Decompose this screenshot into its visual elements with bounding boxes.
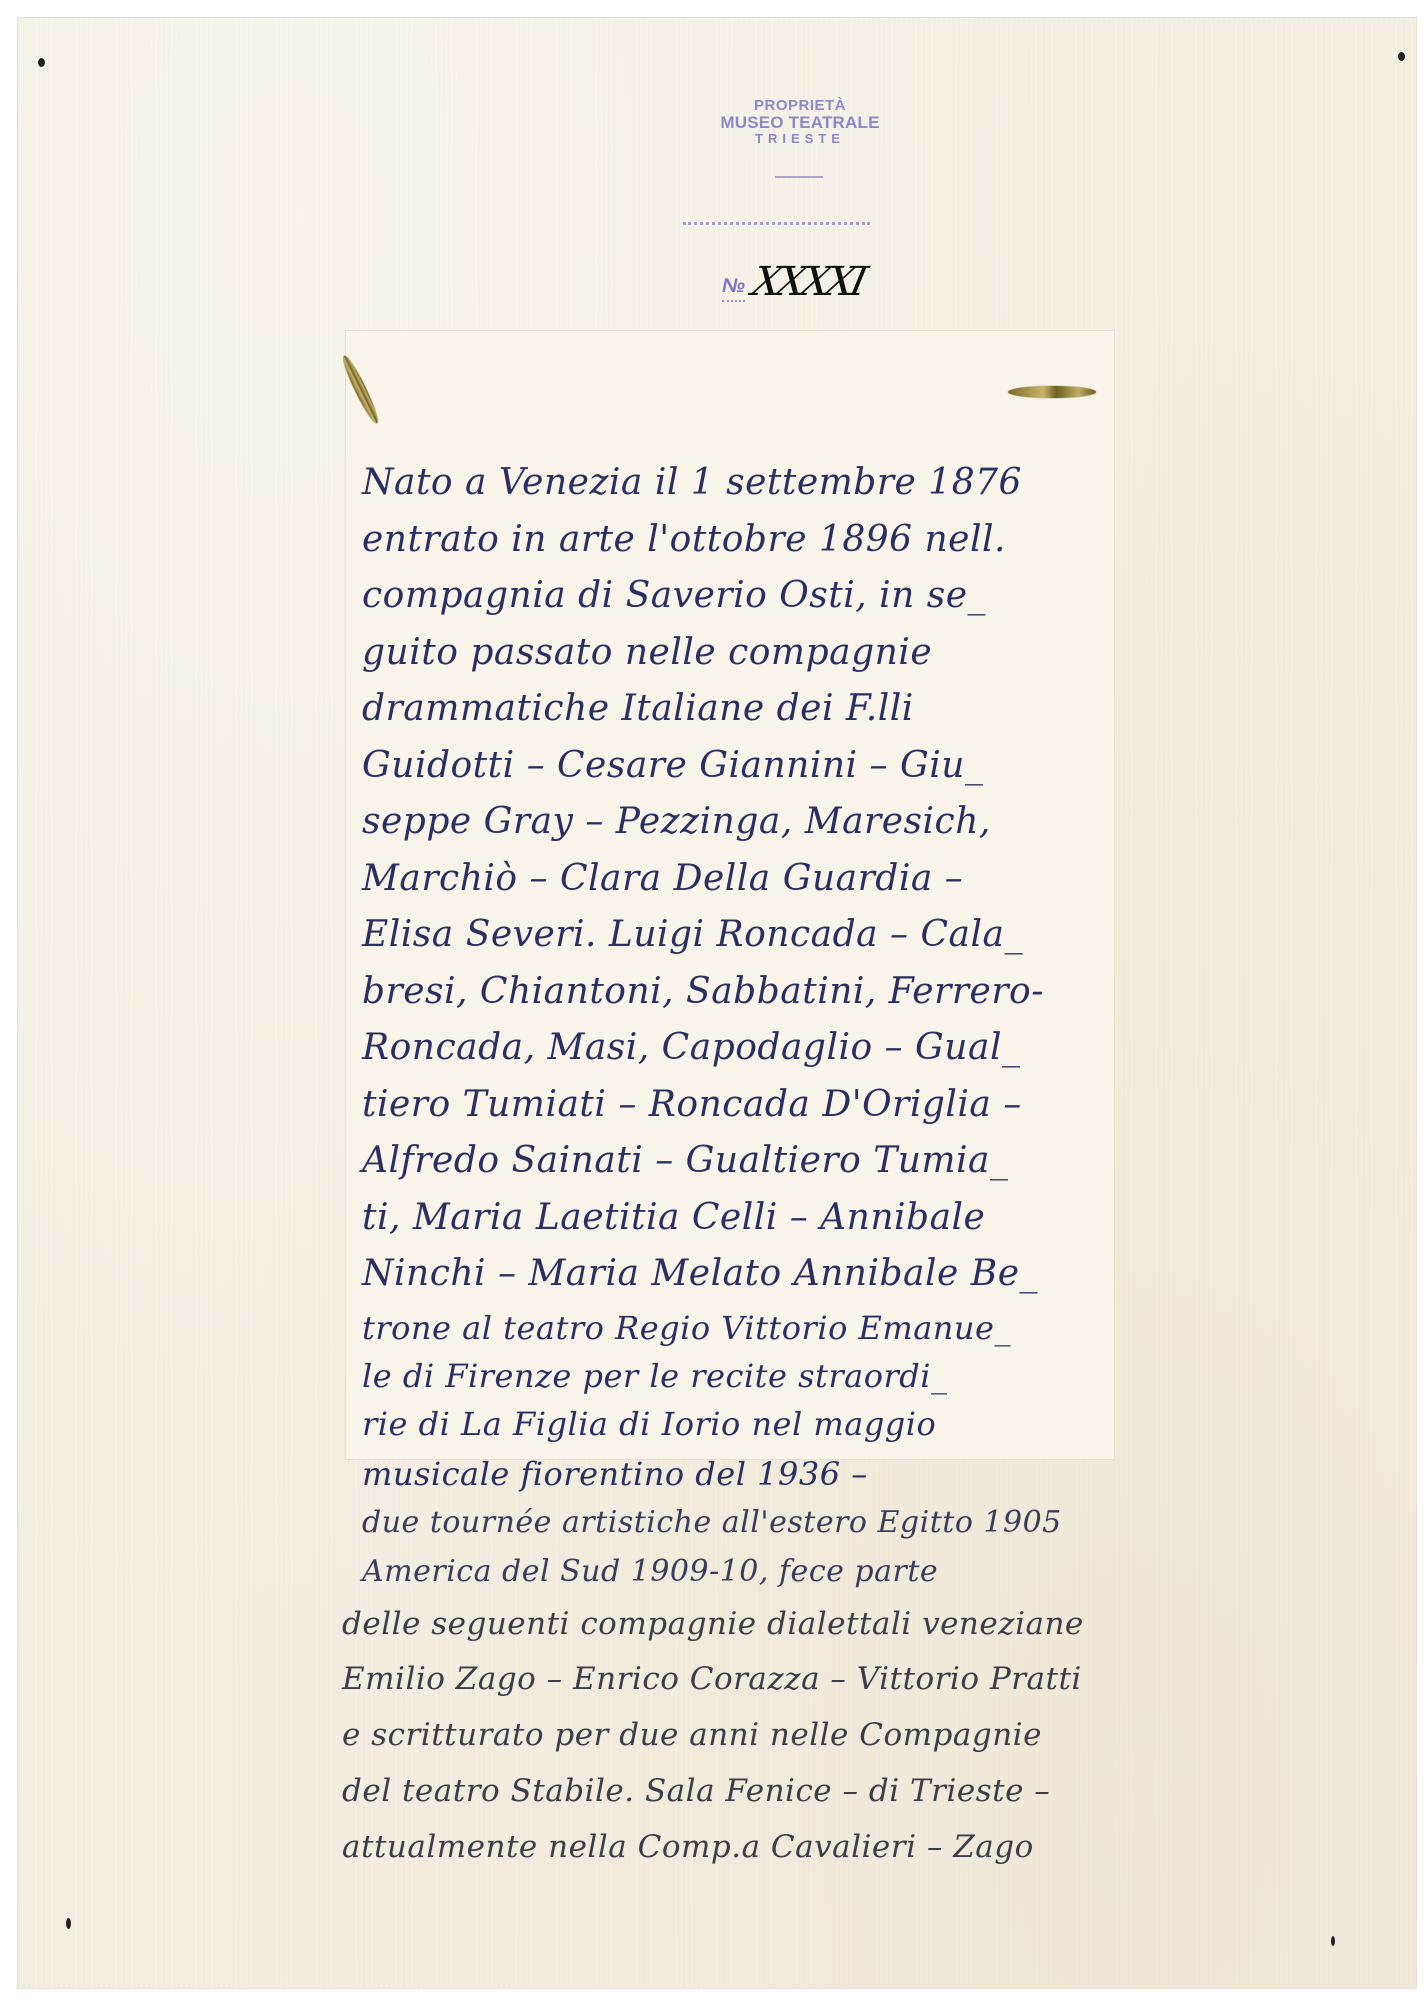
pin-hole-mark xyxy=(1331,1936,1335,1946)
text-line: seppe Gray – Pezzinga, Maresich, xyxy=(362,794,1362,851)
number-divider xyxy=(683,222,870,225)
inventory-number: № XXXXI xyxy=(722,242,863,302)
brass-fastener-icon xyxy=(1008,386,1096,398)
text-line: Ninchi – Maria Melato Annibale Be_ xyxy=(362,1246,1362,1303)
handwritten-biography: Nato a Venezia il 1 settembre 1876 entra… xyxy=(362,455,1362,1875)
pin-hole-mark xyxy=(38,58,45,67)
pin-hole-mark xyxy=(1398,52,1405,61)
text-line: delle seguenti compagnie dialettali vene… xyxy=(342,1597,1362,1651)
text-line: trone al teatro Regio Vittorio Emanue_ xyxy=(362,1303,1362,1353)
stamp-divider xyxy=(775,176,823,178)
text-line: rie di La Figlia di Iorio nel maggio xyxy=(362,1399,1362,1449)
museum-ownership-stamp: PROPRIETÀ MUSEO TEATRALE TRIESTE xyxy=(700,98,900,145)
text-line: Nato a Venezia il 1 settembre 1876 xyxy=(362,455,1362,512)
text-line: ti, Maria Laetitia Celli – Annibale xyxy=(362,1190,1362,1247)
text-line: compagnia di Saverio Osti, in se_ xyxy=(362,568,1362,625)
text-line: guito passato nelle compagnie xyxy=(362,625,1362,682)
text-line: musicale fiorentino del 1936 – xyxy=(362,1449,1362,1499)
number-value: XXXXI xyxy=(749,262,867,302)
text-line: Elisa Severi. Luigi Roncada – Cala_ xyxy=(362,907,1362,964)
text-line: attualmente nella Comp.a Cavalieri – Zag… xyxy=(342,1819,1362,1875)
text-line: Guidotti – Cesare Giannini – Giu_ xyxy=(362,738,1362,795)
text-line: Alfredo Sainati – Gualtiero Tumia_ xyxy=(362,1133,1362,1190)
number-label: № xyxy=(722,275,745,302)
text-line: tiero Tumiati – Roncada D'Origlia – xyxy=(362,1077,1362,1134)
text-line: America del Sud 1909-10, fece parte xyxy=(362,1547,1362,1597)
stamp-line-1: PROPRIETÀ xyxy=(700,98,900,114)
text-line: del teatro Stabile. Sala Fenice – di Tri… xyxy=(342,1763,1362,1819)
text-line: entrato in arte l'ottobre 1896 nell. xyxy=(362,512,1362,569)
text-line: Roncada, Masi, Capodaglio – Gual_ xyxy=(362,1020,1362,1077)
text-line: Marchiò – Clara Della Guardia – xyxy=(362,851,1362,908)
text-line: e scritturato per due anni nelle Compagn… xyxy=(342,1707,1362,1763)
text-line: Emilio Zago – Enrico Corazza – Vittorio … xyxy=(342,1651,1362,1707)
stamp-line-3: TRIESTE xyxy=(700,132,900,146)
text-line: drammatiche Italiane dei F.lli xyxy=(362,681,1362,738)
text-line: due tournée artistiche all'estero Egitto… xyxy=(362,1499,1362,1547)
pin-hole-mark xyxy=(66,1918,71,1929)
text-line: bresi, Chiantoni, Sabbatini, Ferrero- xyxy=(362,964,1362,1021)
stamp-line-2: MUSEO TEATRALE xyxy=(700,114,900,132)
text-line: le di Firenze per le recite straordi_ xyxy=(362,1353,1362,1399)
